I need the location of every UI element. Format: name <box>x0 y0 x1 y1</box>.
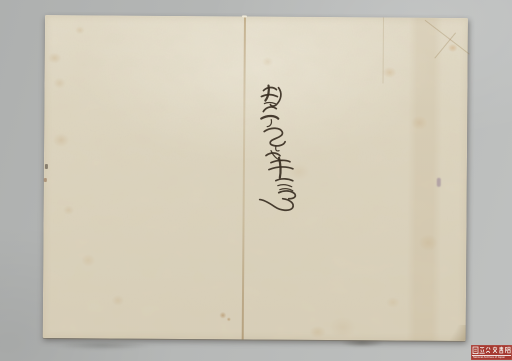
fold-top-notch <box>242 15 247 17</box>
stamp-english-text: National Archives of Japan <box>473 356 512 359</box>
corner-crease-line <box>425 20 470 55</box>
edge-speck <box>45 164 48 169</box>
center-fold-crease <box>242 16 246 339</box>
edge-speck <box>44 178 47 182</box>
stamp-kanji-text <box>472 346 511 355</box>
dog-ear-corner <box>444 325 466 341</box>
photo-background: National Archives of Japan <box>0 0 512 361</box>
purple-smudge-stain <box>437 178 441 187</box>
paper-curl-shadow-left <box>55 341 150 350</box>
document-paper <box>43 15 468 341</box>
faint-vertical-crease <box>383 17 384 83</box>
brush-calligraphy <box>249 80 320 220</box>
archives-stamp: National Archives of Japan <box>471 345 512 360</box>
